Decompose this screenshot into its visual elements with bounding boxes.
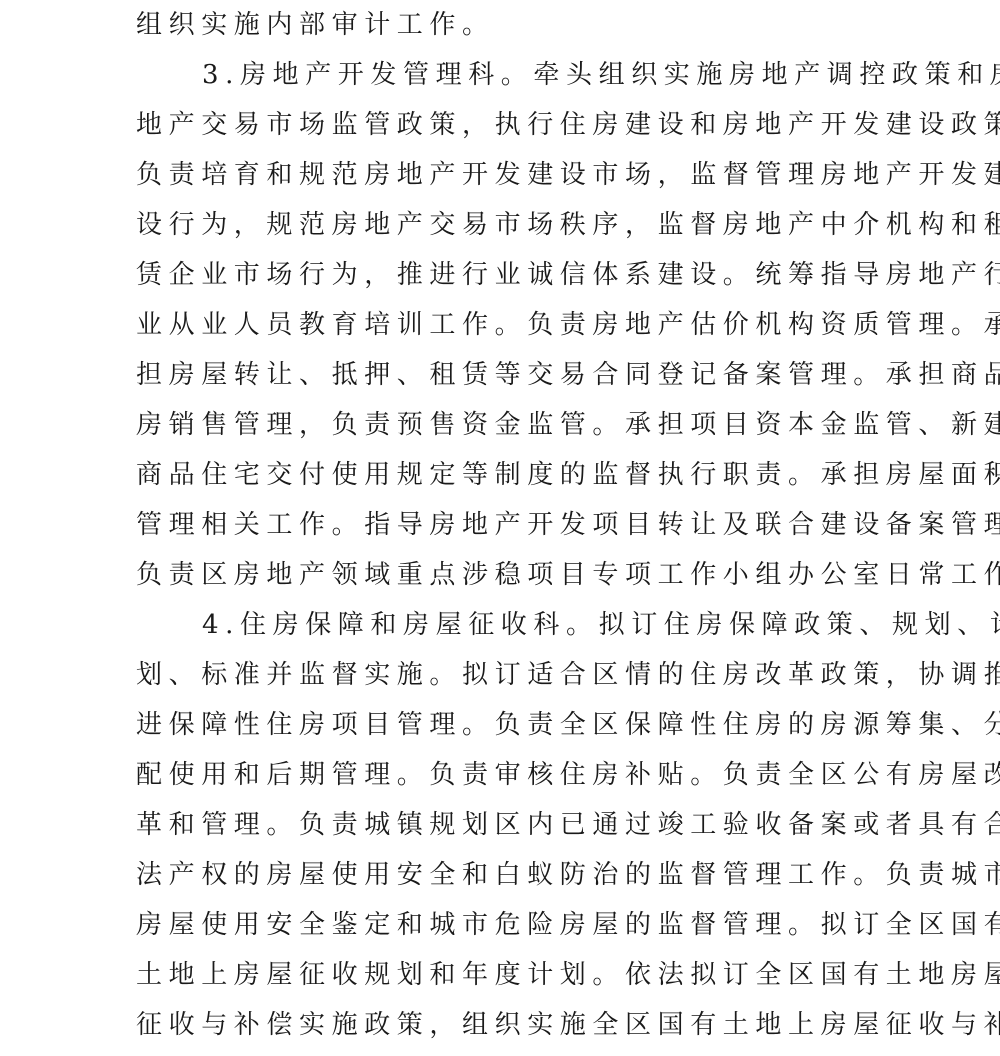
text-line: 进保障性住房项目管理。负责全区保障性住房的房源筹集、分: [136, 700, 1000, 750]
text-line: 划、标准并监督实施。拟订适合区情的住房改革政策，协调推: [136, 650, 1000, 700]
section-heading-line: 3.房地产开发管理科。牵头组织实施房地产调控政策和房: [202, 50, 1000, 100]
text-line: 法产权的房屋使用安全和白蚁防治的监督管理工作。负责城市: [136, 850, 1000, 900]
text-line: 管理相关工作。指导房地产开发项目转让及联合建设备案管理。: [136, 500, 1000, 550]
text-line: 赁企业市场行为，推进行业诚信体系建设。统筹指导房地产行: [136, 250, 1000, 300]
text-line: 房屋使用安全鉴定和城市危险房屋的监督管理。拟订全区国有: [136, 900, 1000, 950]
text-line: 负责培育和规范房地产开发建设市场，监督管理房地产开发建: [136, 150, 1000, 200]
text-line: 商品住宅交付使用规定等制度的监督执行职责。承担房屋面积: [136, 450, 1000, 500]
text-line: 负责区房地产领域重点涉稳项目专项工作小组办公室日常工作。: [136, 550, 1000, 600]
text-line: 设行为，规范房地产交易市场秩序，监督房地产中介机构和租: [136, 200, 1000, 250]
text-line: 征收与补偿实施政策，组织实施全区国有土地上房屋征收与补: [136, 1000, 1000, 1050]
text-line: 组织实施内部审计工作。: [136, 0, 495, 50]
text-line: 房销售管理，负责预售资金监管。承担项目资本金监管、新建: [136, 400, 1000, 450]
section-heading-line: 4.住房保障和房屋征收科。拟订住房保障政策、规划、计: [202, 600, 1000, 650]
text-line: 配使用和后期管理。负责审核住房补贴。负责全区公有房屋改: [136, 750, 1000, 800]
text-line: 地产交易市场监管政策，执行住房建设和房地产开发建设政策。: [136, 100, 1000, 150]
text-line: 担房屋转让、抵押、租赁等交易合同登记备案管理。承担商品: [136, 350, 1000, 400]
text-line: 革和管理。负责城镇规划区内已通过竣工验收备案或者具有合: [136, 800, 1000, 850]
text-line: 土地上房屋征收规划和年度计划。依法拟订全区国有土地房屋: [136, 950, 1000, 1000]
text-line: 业从业人员教育培训工作。负责房地产估价机构资质管理。承: [136, 300, 1000, 350]
